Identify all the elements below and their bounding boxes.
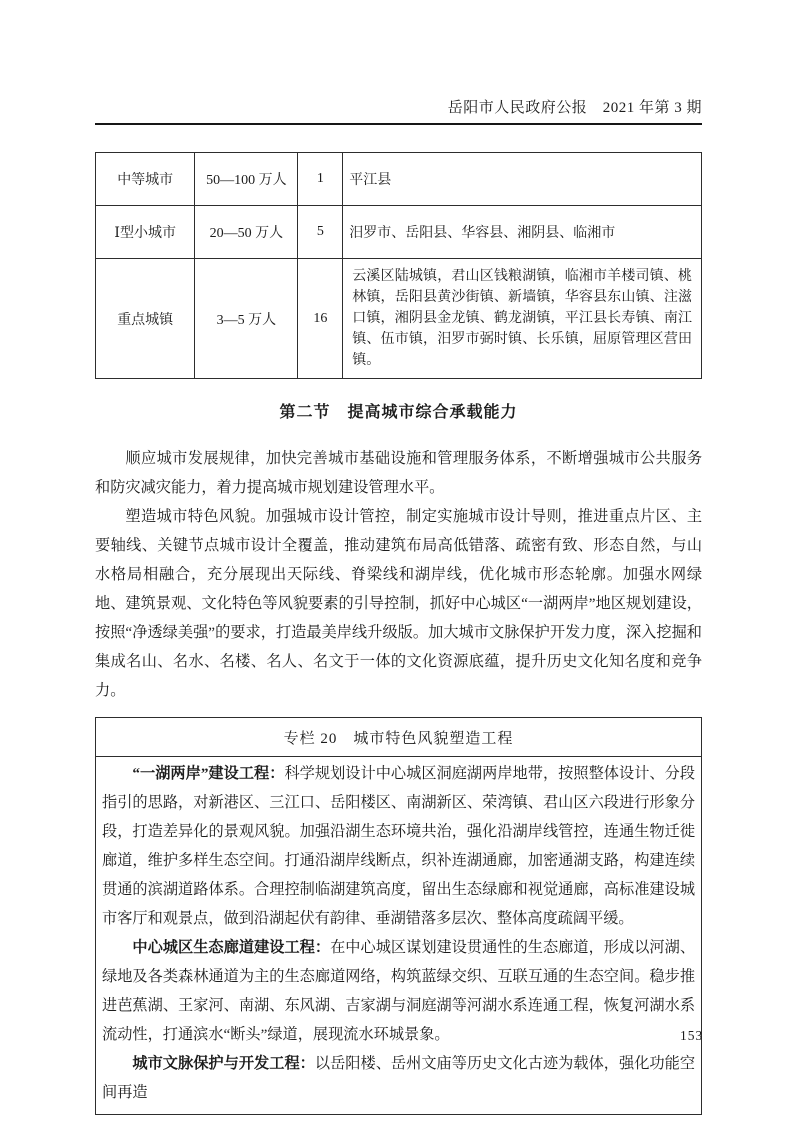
count-cell: 1 xyxy=(298,153,343,206)
page-content: 岳阳市人民政府公报 2021 年第 3 期 中等城市 50—100 万人 1 平… xyxy=(95,0,702,1115)
feature-box: 专栏 20 城市特色风貌塑造工程 “一湖两岸”建设工程：科学规划设计中心城区洞庭… xyxy=(95,717,702,1115)
gazette-header: 岳阳市人民政府公报 2021 年第 3 期 xyxy=(95,96,702,117)
feature-box-body: “一湖两岸”建设工程：科学规划设计中心城区洞庭湖两岸地带，按照整体设计、分段指引… xyxy=(96,757,701,1114)
page-number: 153 xyxy=(680,1028,703,1044)
count-cell: 16 xyxy=(298,259,343,379)
table-row: 重点城镇 3—5 万人 16 云溪区陆城镇，君山区钱粮湖镇，临湘市羊楼司镇、桃林… xyxy=(96,259,702,379)
population-range-cell: 50—100 万人 xyxy=(195,153,298,206)
box-paragraph-lead: “一湖两岸”建设工程： xyxy=(132,765,284,782)
city-list-cell: 平江县 xyxy=(343,153,702,206)
body-paragraph: 塑造城市特色风貌。加强城市设计管控，制定实施城市设计导则，推进重点片区、主要轴线… xyxy=(95,502,702,705)
population-range-cell: 20—50 万人 xyxy=(195,206,298,259)
city-size-table: 中等城市 50—100 万人 1 平江县 Ⅰ型小城市 20—50 万人 5 汨罗… xyxy=(95,152,702,379)
body-paragraph: 顺应城市发展规律，加快完善城市基础设施和管理服务体系，不断增强城市公共服务和防灾… xyxy=(95,444,702,502)
box-paragraph-body: 科学规划设计中心城区洞庭湖两岸地带，按照整体设计、分段指引的思路，对新港区、三江… xyxy=(102,765,695,927)
city-list-cell: 汨罗市、岳阳县、华容县、湘阴县、临湘市 xyxy=(343,206,702,259)
category-cell: 中等城市 xyxy=(96,153,195,206)
box-paragraph-lead: 中心城区生态廊道建设工程： xyxy=(132,939,330,956)
feature-box-paragraph: 城市文脉保护与开发工程：以岳阳楼、岳州文庙等历史文化古迹为载体，强化功能空间再造 xyxy=(102,1049,695,1107)
table-row: 中等城市 50—100 万人 1 平江县 xyxy=(96,153,702,206)
box-paragraph-lead: 城市文脉保护与开发工程： xyxy=(132,1055,314,1072)
category-cell: 重点城镇 xyxy=(96,259,195,379)
document-page: 岳阳市人民政府公报 2021 年第 3 期 中等城市 50—100 万人 1 平… xyxy=(0,0,793,1122)
city-list-cell: 云溪区陆城镇，君山区钱粮湖镇，临湘市羊楼司镇、桃林镇，岳阳县黄沙街镇、新墙镇，华… xyxy=(343,259,702,379)
population-range-cell: 3—5 万人 xyxy=(195,259,298,379)
table-row: Ⅰ型小城市 20—50 万人 5 汨罗市、岳阳县、华容县、湘阴县、临湘市 xyxy=(96,206,702,259)
feature-box-paragraph: “一湖两岸”建设工程：科学规划设计中心城区洞庭湖两岸地带，按照整体设计、分段指引… xyxy=(102,759,695,933)
header-rule xyxy=(95,123,702,125)
feature-box-paragraph: 中心城区生态廊道建设工程：在中心城区谋划建设贯通性的生态廊道，形成以河湖、绿地及… xyxy=(102,933,695,1049)
count-cell: 5 xyxy=(298,206,343,259)
section-heading: 第二节 提高城市综合承载能力 xyxy=(95,399,702,422)
feature-box-title: 专栏 20 城市特色风貌塑造工程 xyxy=(96,718,701,757)
category-cell: Ⅰ型小城市 xyxy=(96,206,195,259)
